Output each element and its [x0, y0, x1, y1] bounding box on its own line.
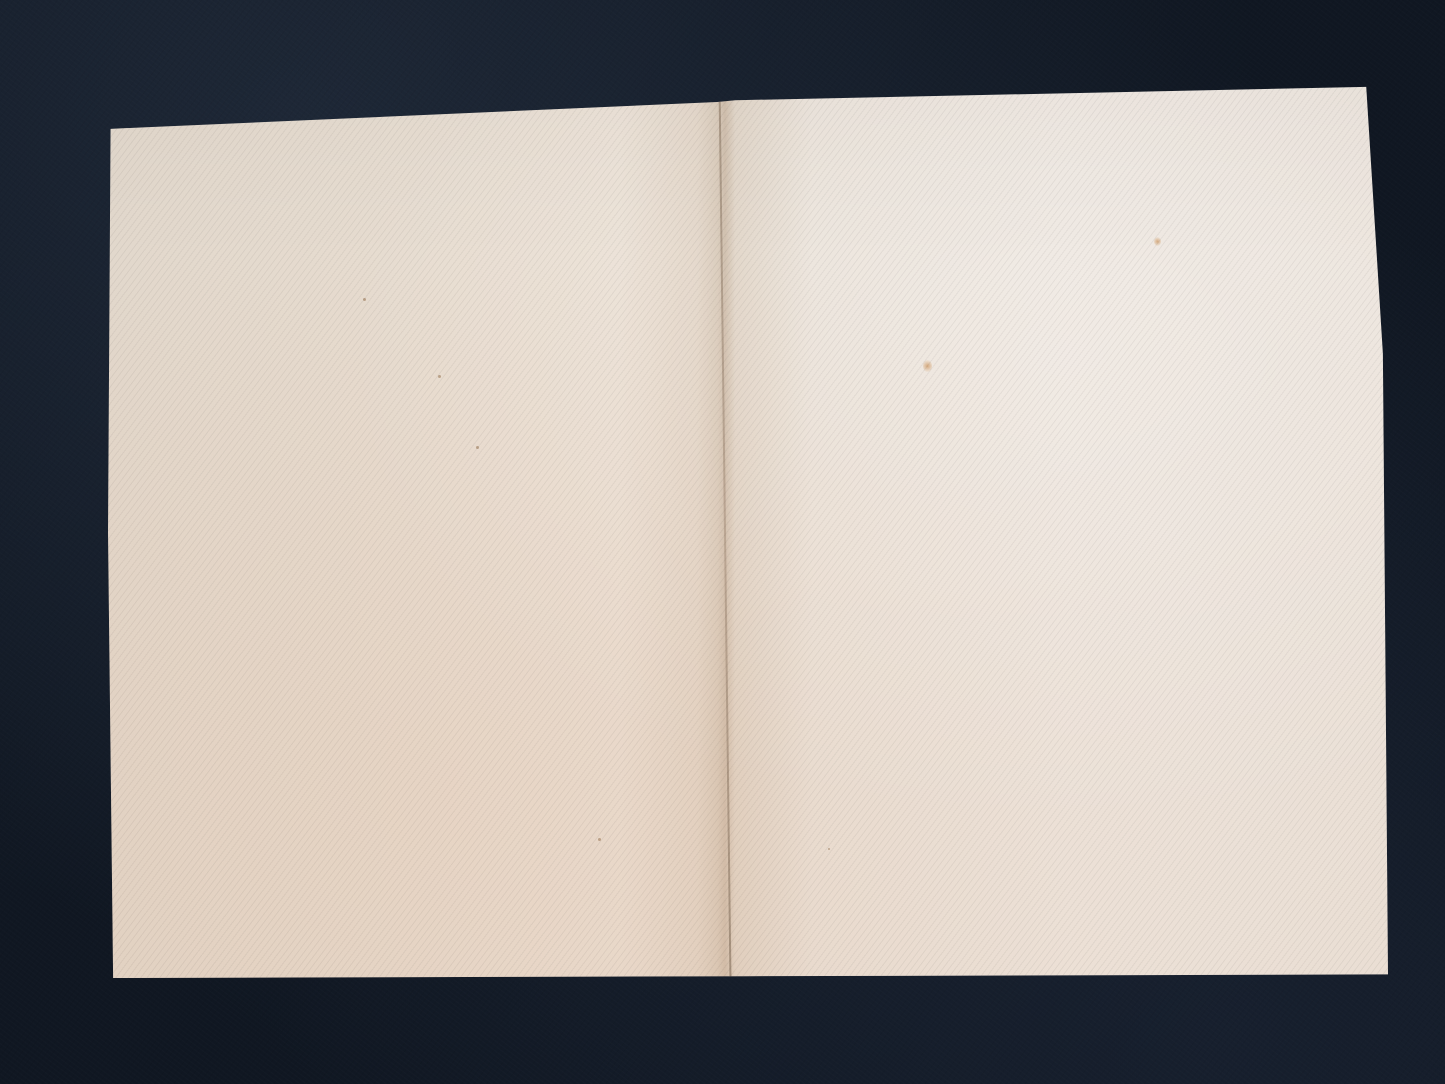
foxing-spot — [438, 375, 441, 378]
foxing-spot — [1137, 10, 1141, 14]
paper-shading — [108, 86, 1388, 978]
foxing-spot — [828, 848, 830, 850]
stain-spot — [1154, 237, 1161, 246]
blank-paper-sheet — [108, 86, 1388, 978]
stain-spot — [923, 360, 932, 372]
foxing-spot — [476, 446, 479, 449]
foxing-spot — [363, 298, 366, 301]
foxing-spot — [598, 838, 601, 841]
dark-surface-background — [0, 0, 1445, 1084]
